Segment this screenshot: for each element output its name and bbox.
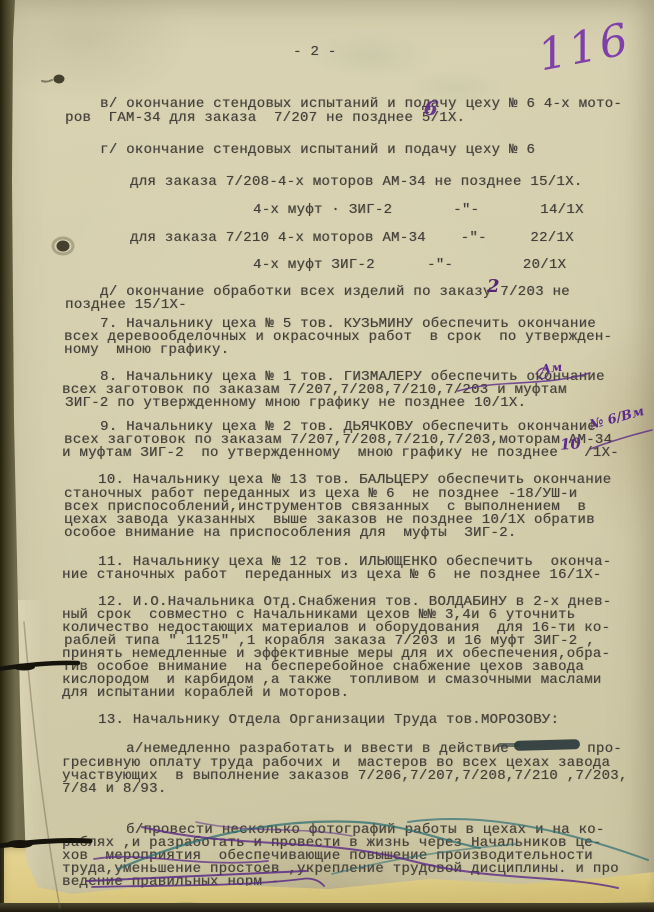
typed-line: количество недостающих материалов и обор… [62, 621, 610, 635]
typed-line: 7/84 и 8/93. [62, 782, 166, 796]
typed-line: для испытании кораблей и моторов. [62, 686, 349, 700]
typed-line: ЗИГ-2 по утвержденному мною графику не п… [65, 396, 526, 410]
typed-line: кислородом и карбидом ,а также топливом … [62, 673, 601, 687]
typed-line: б/провести несколько фотографий работы в… [126, 823, 605, 837]
typed-line: 4-х муфт ЗИГ-2 -"- 20/1Х [253, 258, 566, 272]
typed-line: 12. И.О.Начальника Отд.Снабжения тов. ВО… [98, 595, 611, 609]
typed-line: г/ окончание стендовых испытаний и подач… [100, 143, 535, 157]
typed-line: гресивную оплату труда рабочих и мастеро… [62, 756, 610, 770]
typed-line: всех деревообделочных и окрасочных работ… [64, 330, 612, 344]
typed-line: раблей типа " 1125" ,1 корабля заказа 7/… [64, 634, 595, 648]
typed-line: 11. Начальнику цеха № 12 тов. ИЛЬЮЩЕНКО … [98, 555, 611, 569]
typed-line: хов мероприятия обеспечивающие повышение… [62, 849, 593, 863]
typed-line: для заказа 7/208-4-х моторов АМ-34 не по… [130, 175, 582, 189]
typed-line: 4-х муфт · ЗИГ-2 -"- 14/1Х [253, 203, 584, 217]
typed-line: всех заготовок по заказам 7/207,7/208,7/… [62, 383, 567, 397]
typed-line: цехах завода указанных выше заказов не п… [64, 513, 595, 527]
typed-line: 8. Начальнику цеха № 1 тов. ГИЗМАЛЕРУ об… [100, 370, 605, 384]
typed-line: раблях ,и разработать и провести в жизнь… [62, 836, 601, 850]
typed-line: для заказа 7/210 4-х моторов АМ-34 -"- 2… [130, 231, 574, 245]
typed-line: ный срок совместно с Начальниками цехов … [62, 608, 575, 622]
archival-scan: - 2 - в/ окончание стендовых испытаний и… [0, 0, 654, 912]
typed-line: и муфтам ЗИГ-2 по утвержденному мною гра… [62, 446, 619, 460]
typed-line: в/ окончание стендовых испытаний и подач… [100, 97, 622, 111]
typed-line: 9. Начальнику цеха № 2 тов. ДЬЯЧКОВУ обе… [100, 420, 596, 434]
typed-line: всех заготовок по заказам 7/207,7/208,7/… [64, 433, 612, 447]
typed-line: 7. Начальнику цеха № 5 тов. КУЗЬМИНУ обе… [100, 317, 596, 331]
typed-line: позднее 15/1Х- [65, 298, 187, 312]
typed-line: 10. Начальнику цеха № 13 тов. БАЛЬЦЕРУ о… [98, 473, 611, 487]
typed-line: 13. Начальнику Отдела Организации Труда … [98, 713, 559, 727]
typed-line: д/ окончание обработки всех изделий по з… [100, 285, 570, 299]
typed-line: ние станочных работ переданных из цеха №… [62, 568, 601, 582]
typed-line: труда,уменьшение простоев ,укрепление тр… [62, 862, 619, 876]
binder-edge [0, 903, 654, 912]
page-number: - 2 - [293, 45, 337, 59]
typed-line: станочных работ переданных из цеха № 6 н… [64, 487, 577, 501]
typed-line: всех приспособлений,инструментов связанн… [64, 500, 586, 514]
typed-line: а/немедленно разработать и ввести в дейс… [126, 742, 622, 756]
typed-line: ному мною графику. [64, 343, 229, 357]
typed-line: особое внимание на приспособления для му… [64, 526, 516, 540]
typed-line: участвующих в выполнение заказов 7/206,7… [62, 769, 628, 783]
typed-line: принять немедленные и эффективные меры д… [62, 647, 610, 661]
typed-line: тив особое внимание на бесперебойное сна… [62, 660, 584, 674]
typed-line: ров ГАМ-34 для заказа 7/207 не позднее 5… [65, 111, 465, 125]
document-page: - 2 - в/ окончание стендовых испытаний и… [0, 0, 654, 912]
